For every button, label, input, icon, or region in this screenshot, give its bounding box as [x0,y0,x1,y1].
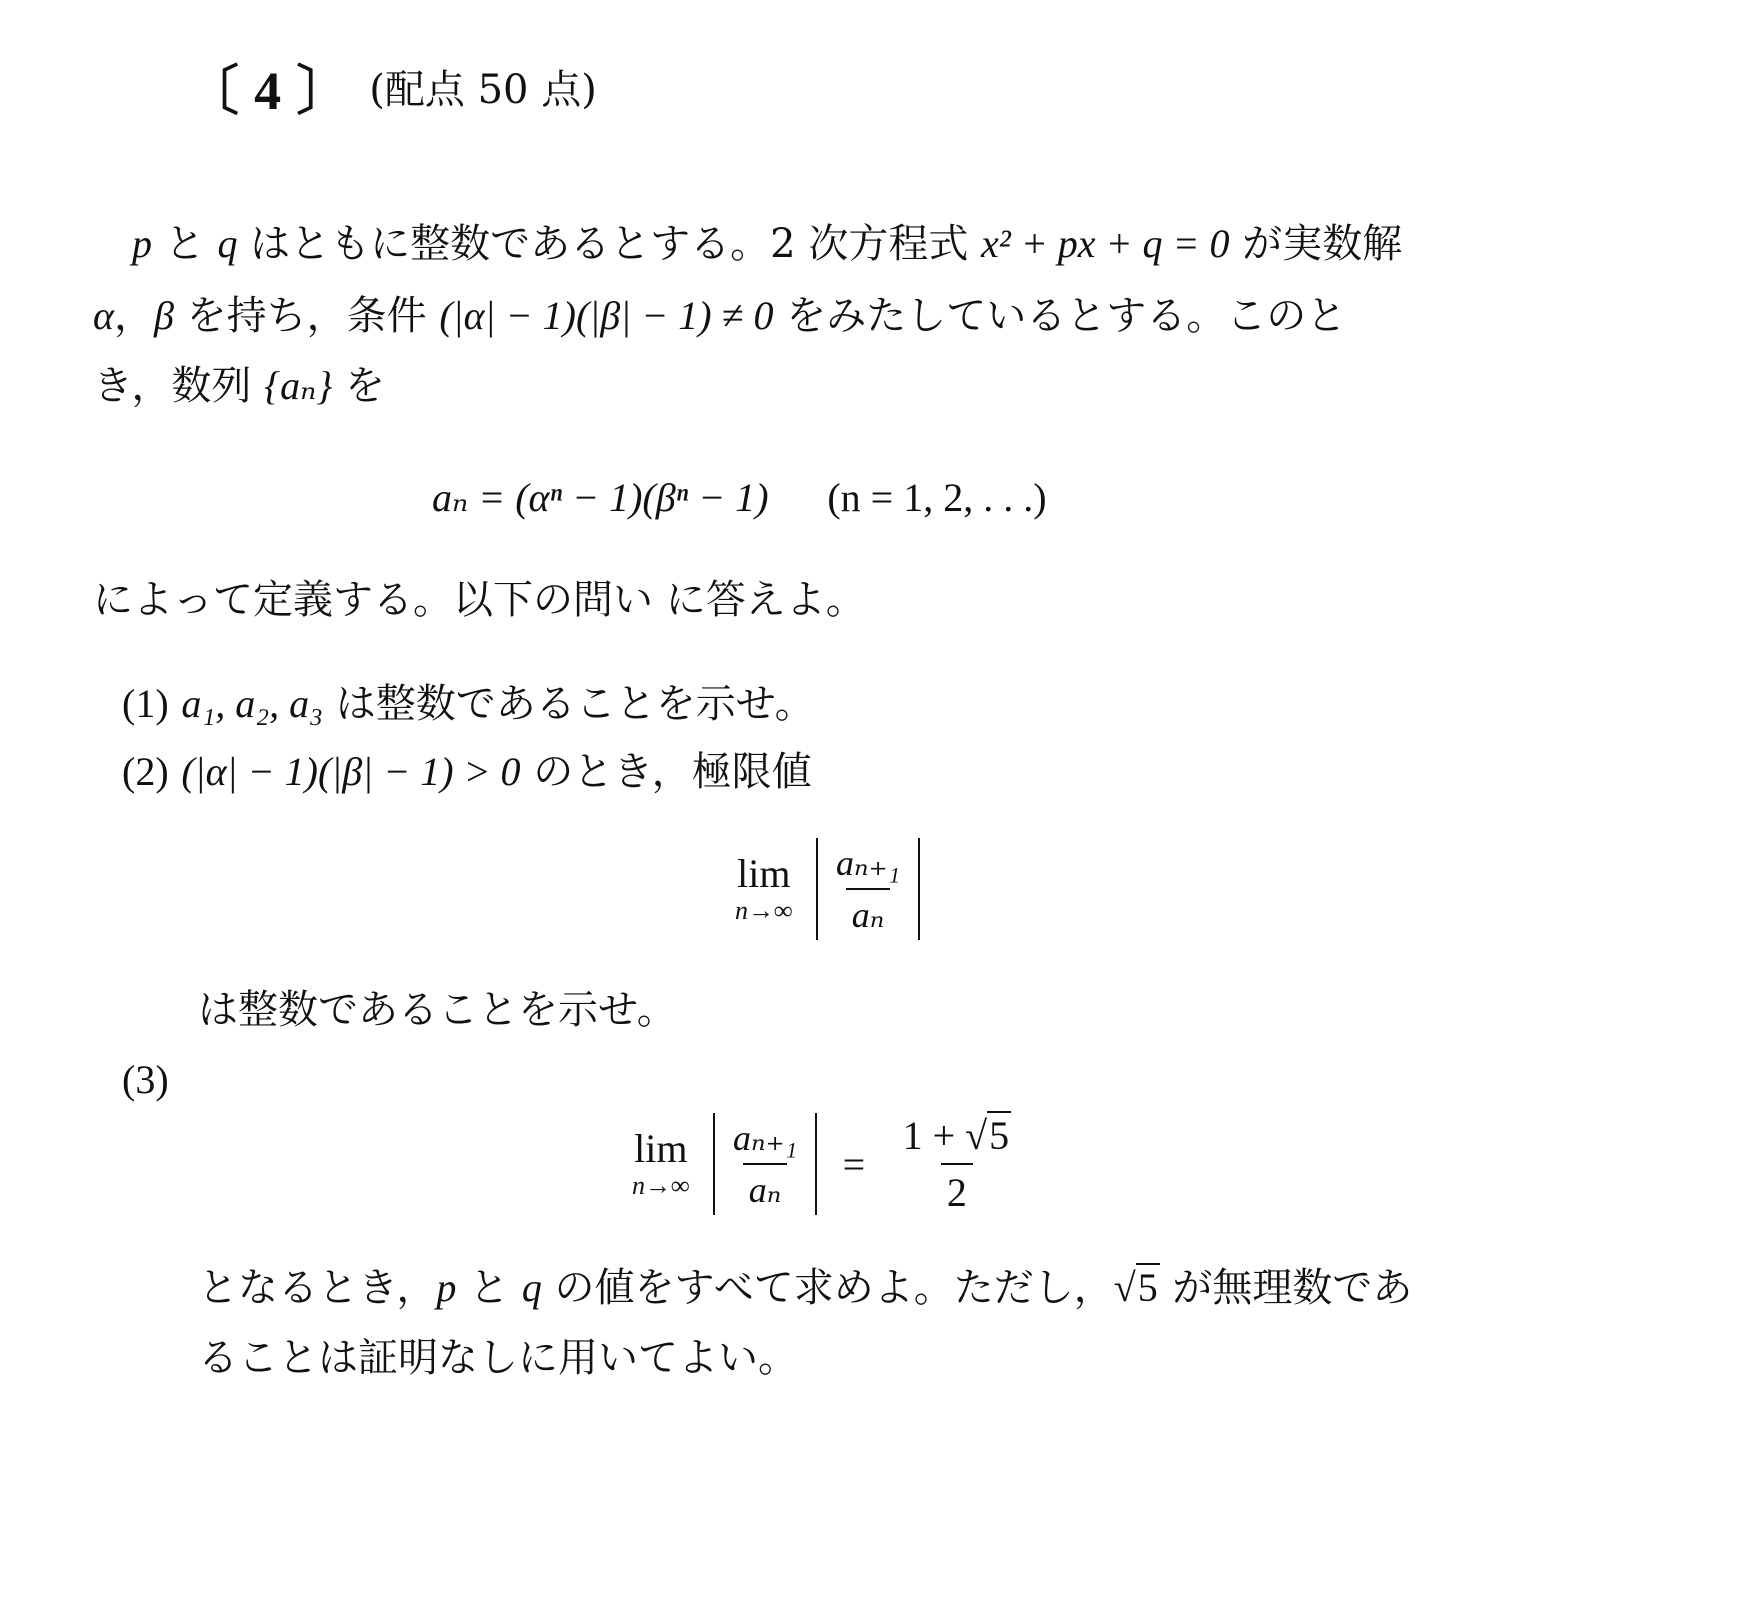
definition-formula: aₙ = (αⁿ − 1)(βⁿ − 1) [432,475,769,520]
lim-text: lim [634,1127,687,1171]
sqrt-icon: √5 [1114,1260,1160,1316]
absolute-value: aₙ₊₁ aₙ [816,838,920,940]
question-2: (2) (|α| − 1)(|β| − 1) > 0 のとき，極限値 [122,744,812,800]
var-alpha: α [93,293,114,338]
denominator: 2 [941,1163,973,1216]
question-math: (|α| − 1)(|β| − 1) > 0 [181,749,520,794]
lim-subscript: n→∞ [632,1171,690,1201]
denominator: aₙ [846,888,891,936]
numerator-text: 1 + [903,1113,966,1158]
limit-expression-q3: lim n→∞ aₙ₊₁ aₙ = 1 + √5 2 [632,1112,1023,1216]
question-3-label: (3) [122,1052,169,1108]
text: き，数列 [93,363,264,409]
score-label: (配点 50 点) [369,67,597,113]
question-label: (1) [122,681,169,726]
lim-operator: lim n→∞ [735,852,793,926]
numerator: aₙ₊₁ [727,1117,803,1163]
text: はともに整数であるとする。2 次方程式 [237,221,981,267]
lim-subscript: n→∞ [735,896,793,926]
question-2-conclusion: は整数であることを示せ。 [198,982,677,1038]
quadratic-equation: x² + px + q = 0 [981,221,1229,266]
question-3-text-line-1: となるとき，p と q の値をすべて求めよ。ただし，√5 が無理数であ [198,1260,1412,1316]
absolute-value: aₙ₊₁ aₙ [713,1113,817,1215]
sqrt-icon: √5 [965,1112,1011,1159]
intro-line-3: き，数列 {aₙ} を [93,358,385,414]
intro-line-2: α，β を持ち，条件 (|α| − 1)(|β| − 1) ≠ 0 をみたしてい… [93,288,1346,344]
question-text: は整数であることを示せ。 [323,681,815,727]
text: が実数解 [1230,221,1403,267]
intro-line-1: p と q はともに整数であるとする。2 次方程式 x² + px + q = … [132,216,1402,272]
var-p: p [132,221,152,266]
bracket-close: 〕 [296,58,350,122]
limit-expression-q2: lim n→∞ aₙ₊₁ aₙ [735,838,920,940]
var-q: q [217,221,237,266]
var-beta: β [154,293,174,338]
fraction: aₙ₊₁ aₙ [727,1117,803,1211]
instruction-text: によって定義する。以下の問い に答えよ。 [93,572,866,628]
text: と [152,221,217,267]
text: を持ち，条件 [174,293,439,339]
text: を [332,363,385,409]
fraction: aₙ₊₁ aₙ [830,842,906,936]
text: と [456,1265,521,1311]
lim-operator: lim n→∞ [632,1127,690,1201]
equals-sign: = [843,1142,866,1187]
sequence-symbol: {aₙ} [264,363,332,408]
radicand: 5 [1136,1263,1160,1310]
definition-range: (n = 1, 2, . . .) [827,475,1046,520]
question-math: a₁, a₂, a₃ [181,681,323,726]
text: ， [114,293,154,339]
var-p: p [436,1265,456,1310]
problem-number: 4 [254,61,281,121]
question-label: (2) [122,749,169,794]
problem-header: 〔 4 〕 (配点 50 点) [185,48,597,125]
denominator: aₙ [743,1163,788,1211]
question-1: (1) a₁, a₂, a₃ は整数であることを示せ。 [122,676,815,732]
question-text: のとき，極限値 [521,749,812,795]
radicand: 5 [987,1111,1011,1158]
question-3-text-line-2: ることは証明なしに用いてよい。 [198,1330,798,1386]
golden-ratio-fraction: 1 + √5 2 [897,1112,1018,1216]
numerator: aₙ₊₁ [830,842,906,888]
text: をみたしているとする。このと [773,293,1346,339]
sequence-definition: aₙ = (αⁿ − 1)(βⁿ − 1) (n = 1, 2, . . .) [432,470,1047,526]
var-q: q [522,1265,542,1310]
text: が無理数であ [1160,1265,1413,1311]
bracket-open: 〔 [185,58,239,122]
lim-text: lim [737,852,790,896]
numerator: 1 + √5 [897,1112,1018,1163]
text: の値をすべて求めよ。ただし， [542,1265,1114,1311]
condition-expression: (|α| − 1)(|β| − 1) ≠ 0 [439,293,773,338]
text: となるとき， [198,1265,436,1311]
